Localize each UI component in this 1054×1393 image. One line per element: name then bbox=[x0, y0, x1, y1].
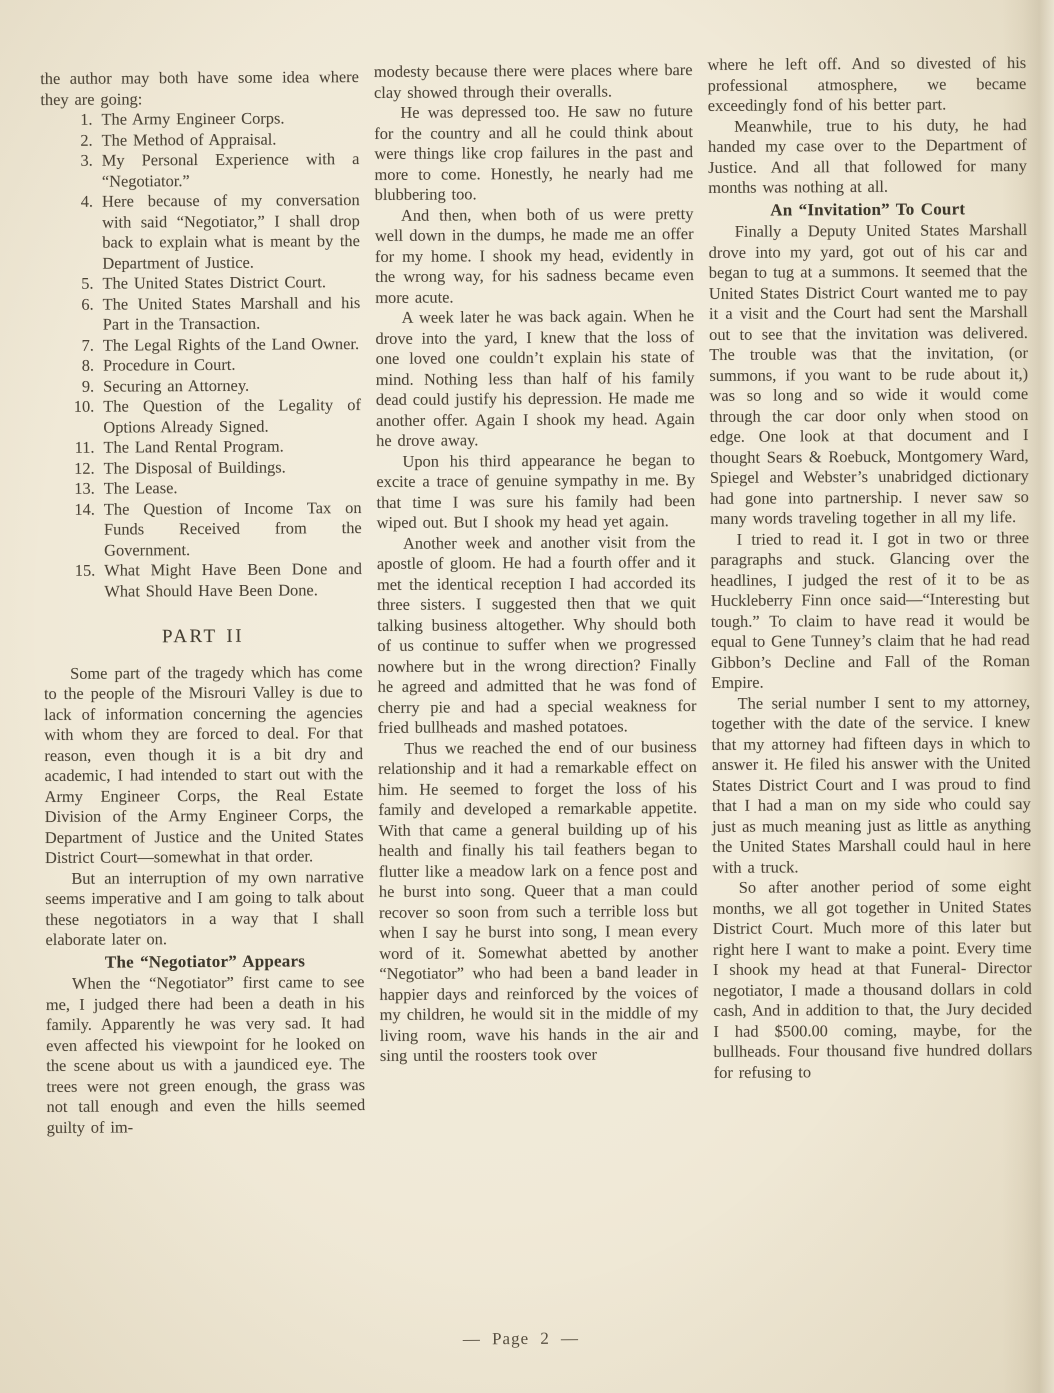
column-layout: the author may both have some idea where… bbox=[40, 53, 1033, 1138]
list-item: 3.My Personal Experience with a “Negotia… bbox=[41, 149, 360, 192]
list-item-number: 3. bbox=[41, 151, 93, 192]
list-item-text: The United States Marshall and his Part … bbox=[103, 293, 361, 336]
continuation-paragraph: where he left off. And so divested of hi… bbox=[707, 53, 1026, 116]
paragraph: Finally a Deputy United States Marshall … bbox=[708, 220, 1029, 529]
paragraph: I tried to read it. I got in two or thre… bbox=[710, 527, 1030, 693]
list-item: 14.The Question of Income Tax on Funds R… bbox=[43, 498, 362, 561]
list-item-number: 9. bbox=[42, 376, 94, 397]
list-item-text: The Question of Income Tax on Funds Rece… bbox=[104, 498, 362, 561]
paragraph: And then, when both of us were pretty we… bbox=[375, 203, 694, 307]
paragraph: A week later he was back again. When he … bbox=[375, 306, 695, 451]
list-item-number: 11. bbox=[42, 438, 94, 459]
list-item: 9.Securing an Attorney. bbox=[42, 375, 361, 397]
paragraph: When the “Negotiator” first came to see … bbox=[46, 972, 366, 1138]
list-item-number: 8. bbox=[42, 356, 94, 377]
list-item-text: Procedure in Court. bbox=[103, 354, 361, 376]
text-column-middle: modesty because there were places where … bbox=[374, 60, 699, 1136]
list-item-number: 6. bbox=[42, 294, 94, 335]
text-column-left: the author may both have some idea where… bbox=[40, 67, 365, 1138]
list-item-number: 14. bbox=[43, 499, 95, 561]
paragraph: But an interruption of my own narrative … bbox=[45, 867, 364, 951]
list-item: 11.The Land Rental Program. bbox=[42, 436, 361, 458]
text-column-right: where he left off. And so divested of hi… bbox=[707, 53, 1032, 1134]
list-item-text: The Army Engineer Corps. bbox=[101, 108, 359, 130]
list-item-text: Here because of my conversation with sai… bbox=[102, 190, 360, 274]
list-item: 2.The Method of Appraisal. bbox=[41, 129, 360, 151]
list-item: 7.The Legal Rights of the Land Owner. bbox=[42, 334, 361, 356]
paragraph: Another week and another visit from the … bbox=[377, 531, 697, 738]
list-item-number: 10. bbox=[42, 397, 94, 438]
paragraph: Some part of the tragedy which has come … bbox=[44, 662, 364, 869]
list-item-text: Securing an Attorney. bbox=[103, 375, 361, 397]
list-item-number: 1. bbox=[40, 110, 92, 131]
paragraph: The serial number I sent to my attorney,… bbox=[711, 691, 1031, 877]
list-item-number: 13. bbox=[43, 479, 95, 500]
page-number-footer: — Page 2 — bbox=[4, 1326, 1038, 1352]
list-item: 15.What Might Have Been Done and What Sh… bbox=[43, 559, 362, 602]
paragraph: Upon his third appearance he began to ex… bbox=[376, 449, 695, 533]
list-item-text: The Question of the Legality of Options … bbox=[103, 395, 361, 438]
paragraph: He was depressed too. He saw no future f… bbox=[374, 101, 693, 205]
list-item: 13.The Lease. bbox=[43, 477, 362, 499]
continuation-paragraph: the author may both have some idea where… bbox=[40, 67, 359, 110]
list-item-number: 7. bbox=[42, 335, 94, 356]
continuation-paragraph: modesty because there were places where … bbox=[374, 60, 693, 103]
section-subheading: An “Invitation” To Court bbox=[708, 198, 1027, 220]
list-item: 8.Procedure in Court. bbox=[42, 354, 361, 376]
list-item: 6.The United States Marshall and his Par… bbox=[42, 293, 361, 336]
list-item-text: What Might Have Been Done and What Shoul… bbox=[104, 559, 362, 602]
list-item-text: The Method of Appraisal. bbox=[102, 129, 360, 151]
list-item-text: The Legal Rights of the Land Owner. bbox=[103, 334, 361, 356]
list-item-number: 12. bbox=[43, 458, 95, 479]
list-item: 4.Here because of my conversation with s… bbox=[41, 190, 360, 274]
list-item-text: The Land Rental Program. bbox=[103, 436, 361, 458]
list-item-number: 4. bbox=[41, 192, 93, 274]
part-heading: PART II bbox=[44, 626, 363, 648]
list-item-number: 5. bbox=[41, 274, 93, 295]
list-item: 12.The Disposal of Buildings. bbox=[43, 457, 362, 479]
paragraph: Thus we reached the end of our business … bbox=[378, 736, 699, 1066]
list-item: 10.The Question of the Legality of Optio… bbox=[42, 395, 361, 438]
list-item: 5.The United States District Court. bbox=[41, 272, 360, 294]
list-item-text: The United States District Court. bbox=[102, 272, 360, 294]
list-item: 1.The Army Engineer Corps. bbox=[40, 108, 359, 130]
list-item-number: 2. bbox=[41, 130, 93, 151]
list-item-number: 15. bbox=[43, 561, 95, 602]
list-item-text: The Lease. bbox=[104, 477, 362, 499]
numbered-list: 1.The Army Engineer Corps.2.The Method o… bbox=[40, 108, 362, 602]
paragraph: So after another period of some eight mo… bbox=[712, 876, 1032, 1083]
section-subheading: The “Negotiator” Appears bbox=[46, 950, 365, 972]
list-item-text: My Personal Experience with a “Negotiato… bbox=[102, 149, 360, 192]
scanned-page: the author may both have some idea where… bbox=[0, 0, 1054, 1393]
list-item-text: The Disposal of Buildings. bbox=[104, 457, 362, 479]
paragraph: Meanwhile, true to his duty, he had hand… bbox=[708, 114, 1027, 198]
